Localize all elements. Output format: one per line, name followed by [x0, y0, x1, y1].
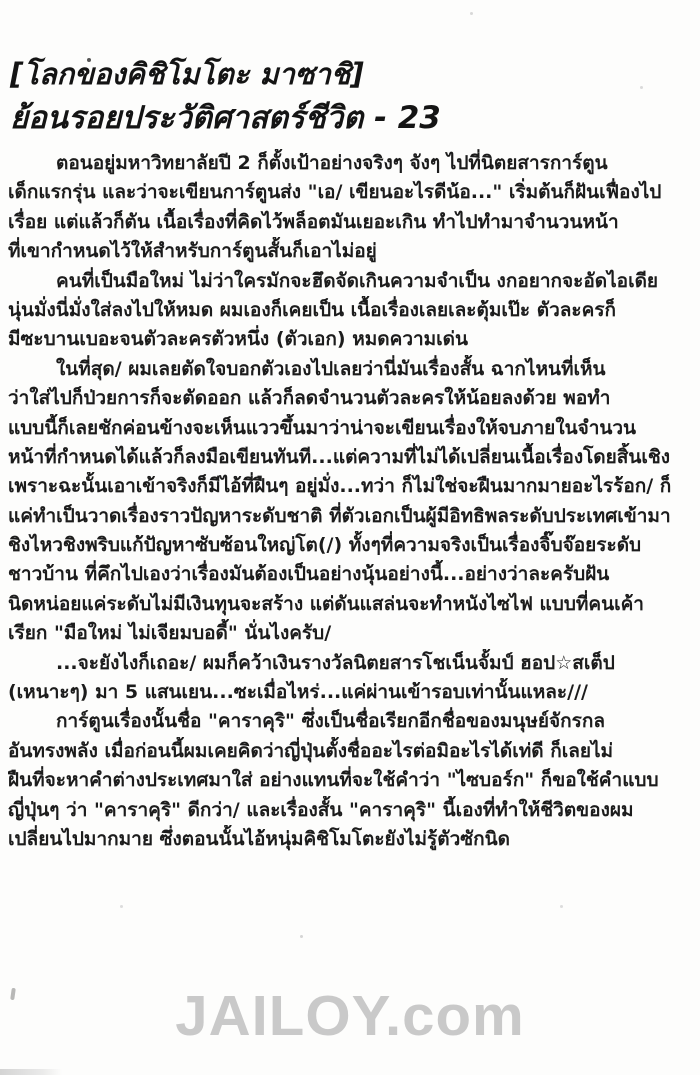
- text-line: แบบนี้ก็เลยชักค่อนข้างจะเห็นแววขึ้นมาว่า…: [8, 414, 694, 443]
- scan-speck: [640, 86, 643, 89]
- article-body: ตอนอยู่มหาวิทยาลัยปี 2 ก็ตั้งเป้าอย่างจร…: [8, 149, 694, 854]
- chapter-title: ย้อนรอยประวัติศาสตร์ชีวิต - 23: [10, 96, 670, 140]
- text-line: ชาวบ้าน ที่คึกไปเองว่าเรื่องมันต้องเป็นอ…: [8, 560, 694, 589]
- scan-speck: [560, 905, 563, 908]
- text-line: เพราะฉะนั้นเอาเข้าจริงก็มีไอ้ที่ฝืนๆ อยู…: [8, 472, 694, 501]
- series-title: [โลกของคิชิโมโตะ มาซาชิ]: [10, 52, 670, 96]
- text-line: นิดหน่อยแค่ระดับไม่มีเงินทุนจะสร้าง แต่ด…: [8, 590, 694, 619]
- text-line: เปลี่ยนไปมากมาย ซึ่งตอนนั้นไอ้หนุ่มคิชิโ…: [8, 825, 694, 854]
- title-block: [โลกของคิชิโมโตะ มาซาชิ] ย้อนรอยประวัติศ…: [10, 52, 670, 140]
- text-line: ...จะยังไงก็เถอะ/ ผมก็คว้าเงินรางวัลนิตย…: [8, 649, 694, 678]
- text-line: เรียก "มือใหม่ ไม่เจียมบอดี้" นั่นไงครับ…: [8, 619, 694, 648]
- text-line: หน้าที่กำหนดได้แล้วก็ลงมือเขียนทันที...แ…: [8, 443, 694, 472]
- text-line: นุ่นมั่งนี่มั่งใส่ลงไปให้หมด ผมเองก็เคยเ…: [8, 296, 694, 325]
- scan-speck: [300, 935, 303, 938]
- text-line: ชิงไหวชิงพริบแก้ปัญหาซับซ้อนใหญ่โต(/) ทั…: [8, 531, 694, 560]
- scan-speck: [470, 12, 473, 15]
- watermark-text: JAILOY.com: [0, 986, 700, 1046]
- text-line: แค่ทำเป็นวาดเรื่องราวปัญหาระดับชาติ ที่ต…: [8, 502, 694, 531]
- text-line: ในที่สุด/ ผมเลยตัดใจบอกตัวเองไปเลยว่านี่…: [8, 355, 694, 384]
- text-line: การ์ตูนเรื่องนั้นชื่อ "คาราคุริ" ซึ่งเป็…: [8, 707, 694, 736]
- scan-corner-smudge: [0, 1069, 62, 1075]
- text-line: ญี่ปุ่นๆ ว่า "คาราคุริ" ดีกว่า/ และเรื่อ…: [8, 796, 694, 825]
- scan-speck: [87, 58, 91, 62]
- text-line: เด็กแรกรุ่น และว่าจะเขียนการ์ตูนส่ง "เอ/…: [8, 178, 694, 207]
- text-line: ว่าใส่ไปก็ป่วยการก็จะตัดออก แล้วก็ลดจำนว…: [8, 384, 694, 413]
- text-line: มีซะบานเบอะจนตัวละครตัวหนึ่ง (ตัวเอก) หม…: [8, 325, 694, 354]
- text-line: เรื่อย แต่แล้วก็ตัน เนื้อเรื่องที่คิดไว้…: [8, 208, 694, 237]
- text-line: (เหนาะๆ) มา 5 แสนเยน...ซะเมื่อไหร่...แค่…: [8, 678, 694, 707]
- text-line: คนที่เป็นมือใหม่ ไม่ว่าใครมักจะฮึดจัดเกิ…: [8, 267, 694, 296]
- text-line: อันทรงพลัง เมื่อก่อนนี้ผมเคยคิดว่าญี่ปุ่…: [8, 737, 694, 766]
- text-line: ตอนอยู่มหาวิทยาลัยปี 2 ก็ตั้งเป้าอย่างจร…: [8, 149, 694, 178]
- text-line: ที่เขากำหนดไว้ให้สำหรับการ์ตูนสั้นก็เอาไ…: [8, 237, 694, 266]
- scan-speck: [120, 905, 123, 908]
- text-line: ฝืนที่จะหาคำต่างประเทศมาใส่ อย่างแทนที่จ…: [8, 766, 694, 795]
- scanned-page: [โลกของคิชิโมโตะ มาซาชิ] ย้อนรอยประวัติศ…: [0, 0, 700, 1075]
